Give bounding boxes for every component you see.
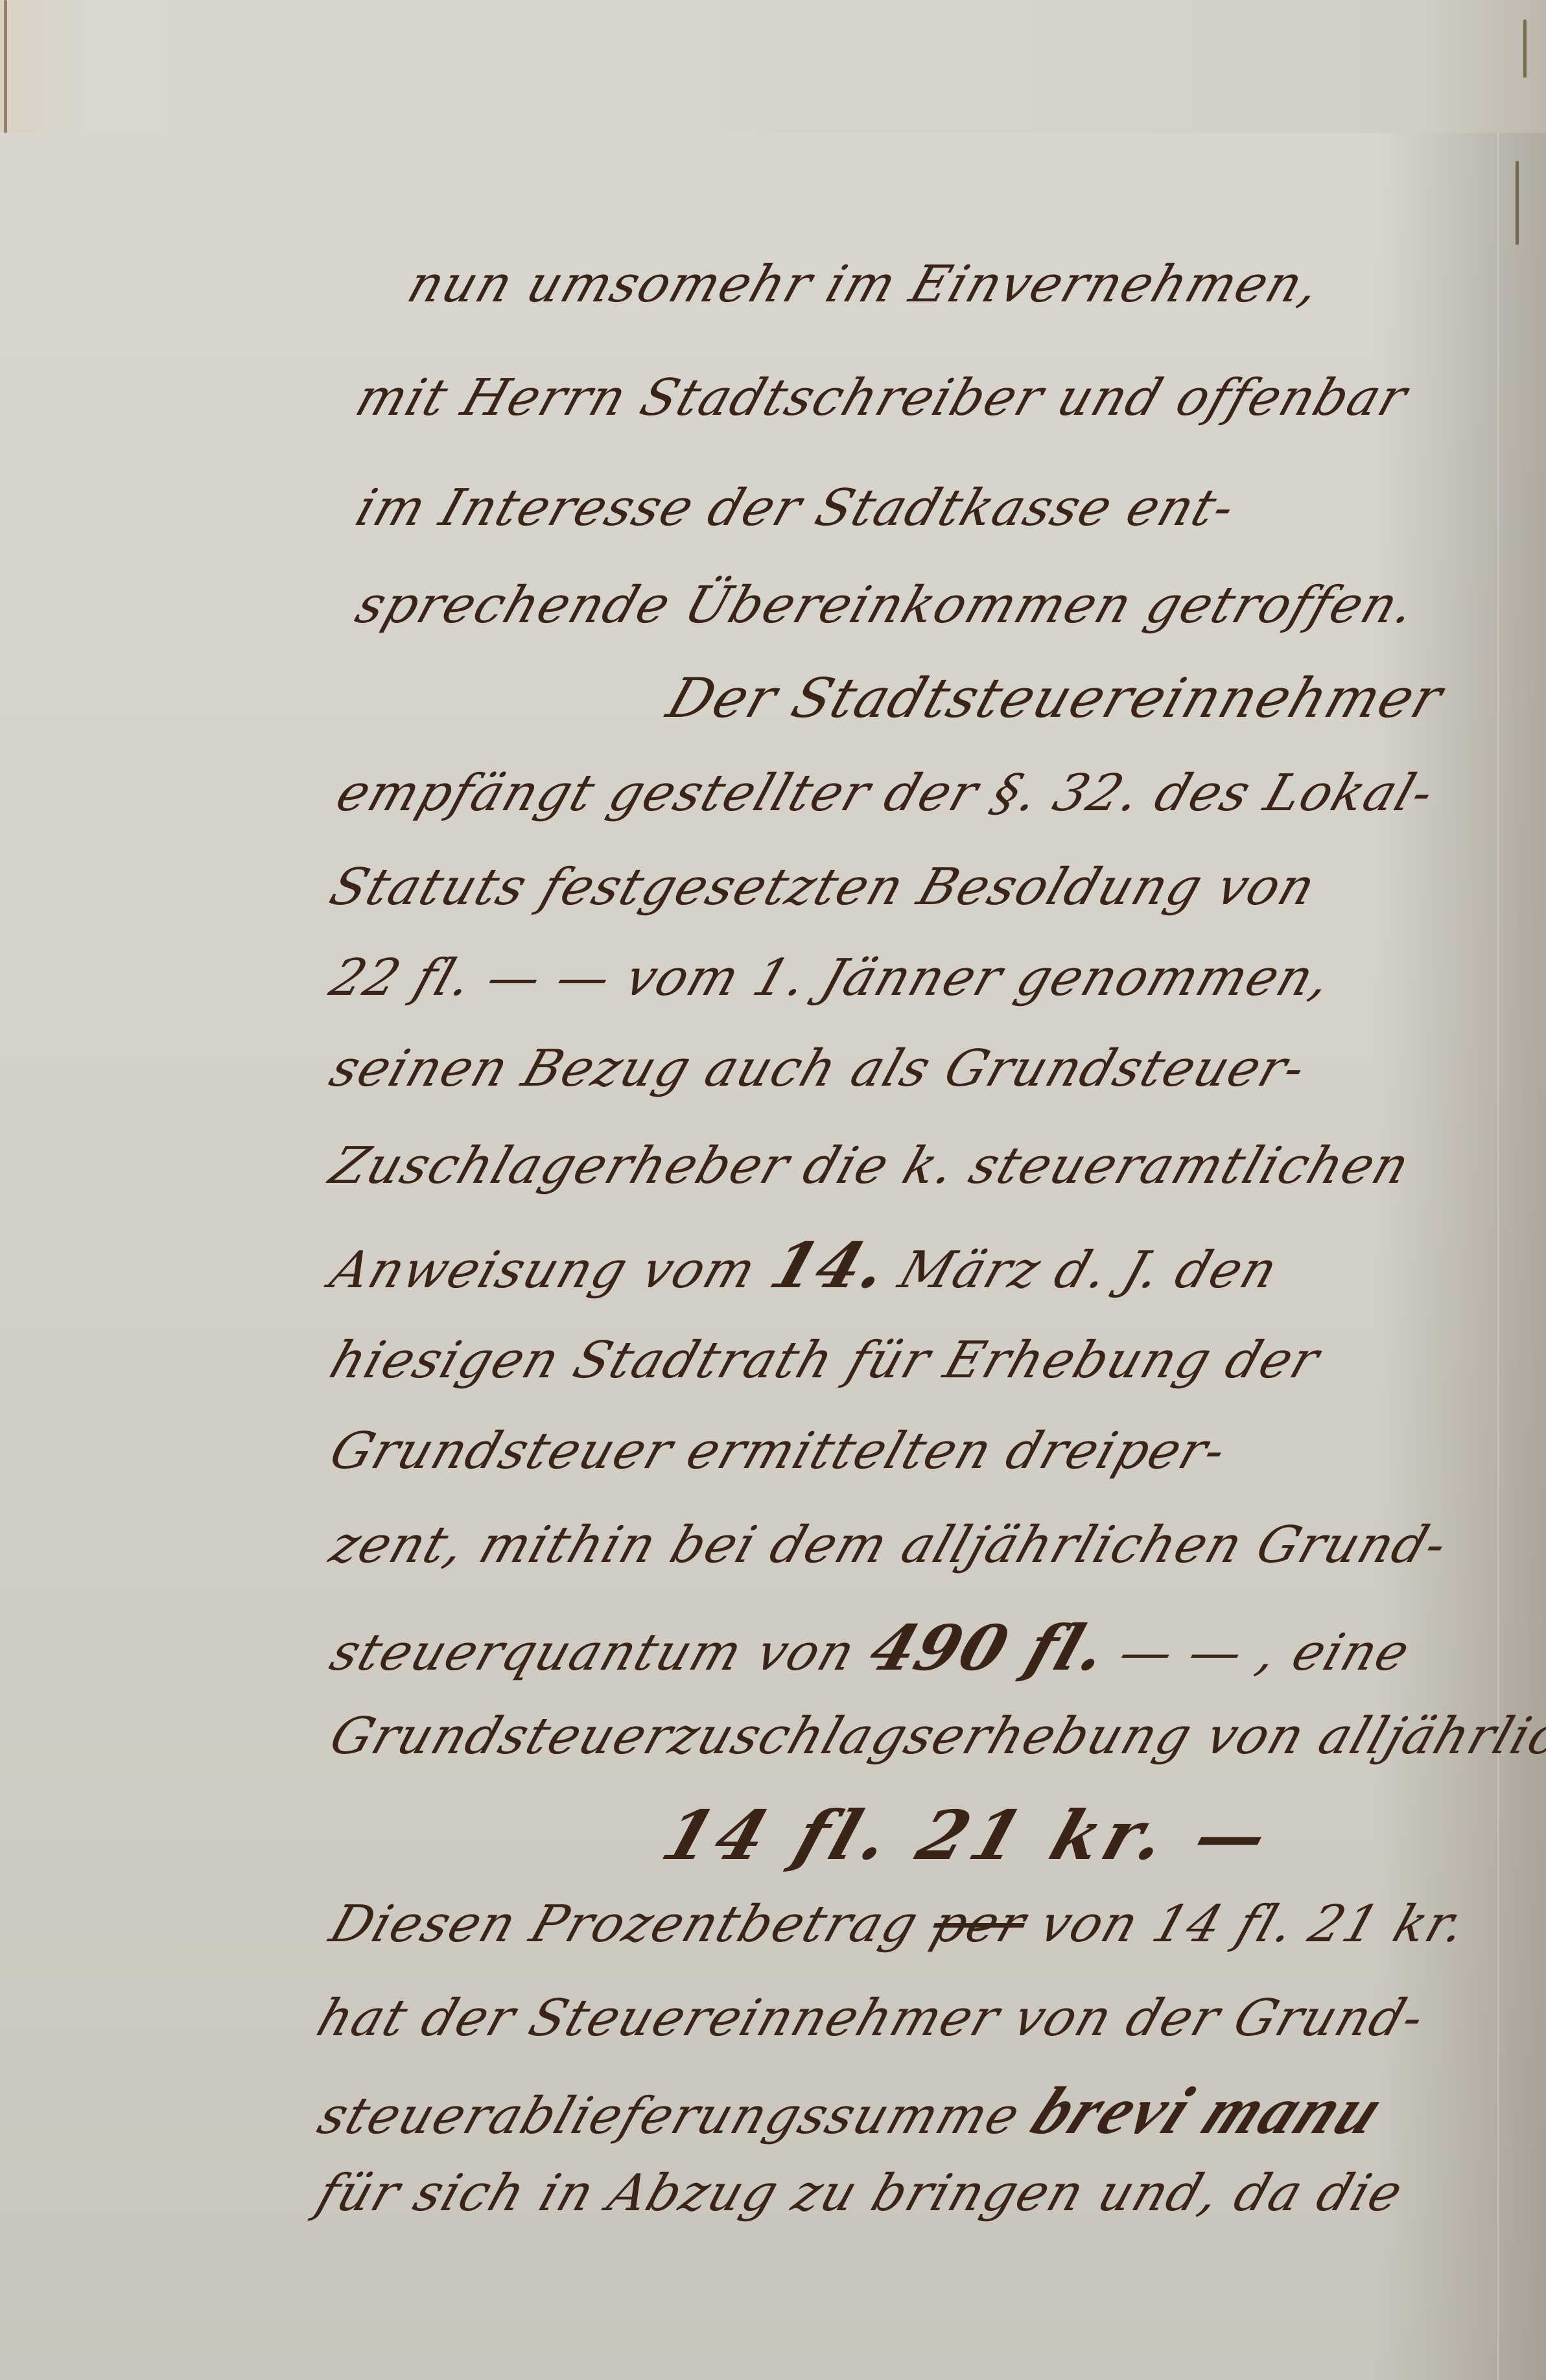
binding-thread-top [1523, 19, 1527, 78]
text-line-3: im Interesse der Stadtkasse ent- [350, 483, 1242, 533]
text-line-20: steuerablieferungssumme brevi manu [311, 2077, 1391, 2145]
latin-phrase: brevi manu [1022, 2077, 1396, 2145]
text-line-11: Anweisung vom 14. März d. J. den [324, 1235, 1288, 1297]
text-line-9: seinen Bezug auch als Grundsteuer- [324, 1044, 1313, 1094]
underlying-page-edge [0, 0, 1546, 136]
line-18-pre: Diesen Prozentbetrag [323, 1895, 944, 1954]
text-line-21: für sich in Abzug zu bringen und, da die [311, 2168, 1409, 2219]
text-line-15: steuerquantum von 490 fl. — — , eine [324, 1617, 1420, 1679]
text-line-1: nun umsomehr im Einvernehmen, [402, 259, 1328, 310]
text-line-18: Diesen Prozentbetrag per von 14 fl. 21 k… [324, 1899, 1473, 1950]
text-line-7: Statuts festgesetzten Besoldung von [324, 862, 1322, 913]
text-line-2: mit Herrn Stadtschreiber und offenbar [350, 373, 1414, 423]
page-fold [1497, 133, 1499, 2380]
tax-quantum-amount: 490 fl. [861, 1611, 1118, 1685]
book-spine-edge [4, 0, 7, 133]
paragraph-start-line: Der Stadtsteuereinnehmer [661, 671, 1450, 725]
text-line-19: hat der Steuereinnehmer von der Grund- [311, 1993, 1431, 2044]
text-line-12: hiesigen Stadtrath für Erhebung der [324, 1335, 1326, 1386]
line-11-pre: Anweisung vom [323, 1241, 782, 1300]
text-line-4: sprechende Übereinkommen getroffen. [350, 580, 1422, 631]
line-15-pre: steuerquantum von [323, 1624, 881, 1682]
line-15-post: — — , eine [1094, 1624, 1418, 1682]
text-line-16: Grundsteuerzuschlagserhebung von alljähr… [324, 1711, 1546, 1762]
line-11-post: März d. J. den [874, 1241, 1285, 1300]
text-line-14: zent, mithin bei dem alljährlichen Grund… [324, 1520, 1454, 1570]
text-line-8: 22 fl. — — vom 1. Jänner genommen, [324, 953, 1338, 1003]
line-18-post: von 14 fl. 21 kr. [1015, 1895, 1474, 1954]
text-line-10: Zuschlagerheber die k. steueramtlichen [324, 1141, 1416, 1191]
line-20-pre: steuerablieferungssumme [311, 2087, 1046, 2145]
centered-amount-line: 14 fl. 21 kr. — [655, 1802, 1281, 1869]
binding-thread-middle [1516, 161, 1519, 245]
text-line-13: Grundsteuer ermittelten dreiper- [324, 1426, 1233, 1476]
text-line-6: empfängt gestellter der §. 32. des Lokal… [331, 768, 1441, 819]
